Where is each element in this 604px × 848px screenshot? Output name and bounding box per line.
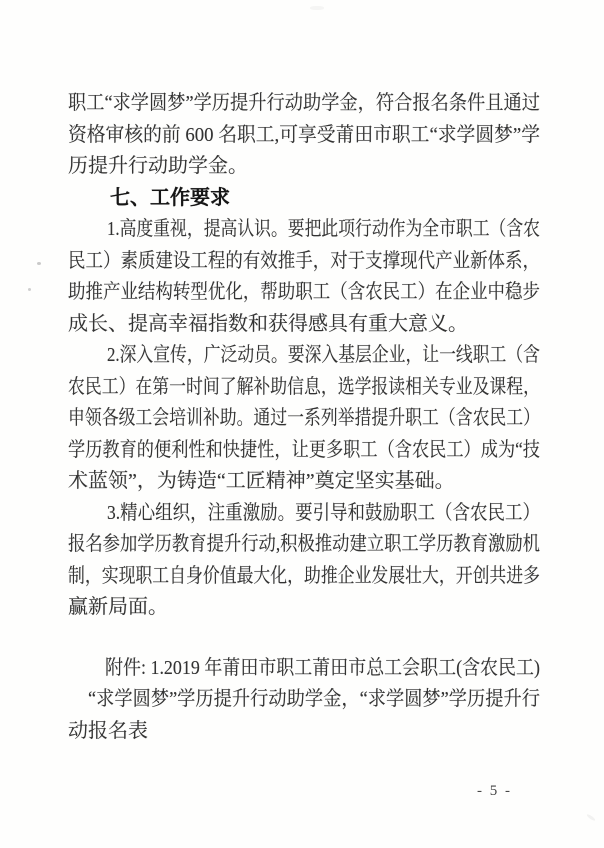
text-line: 成长、提高幸福指数和获得感具有重大意义。 — [68, 309, 540, 341]
text-line-content: 1.高度重视，提高认识。要把此项行动作为全市职工（含农 — [107, 214, 540, 246]
text-line-content: 术蓝领”，为铸造“工匠精神”奠定坚实基础。 — [68, 466, 455, 498]
page-number: - 5 - — [477, 781, 512, 801]
text-line-content: 七、工作要求 — [110, 183, 230, 215]
text-line: 农民工）在第一时间了解补助信息，选学报读相关专业及课程， — [68, 372, 540, 404]
text-line: 制，实现职工自身价值最大化，助推企业发展壮大，开创共进多 — [68, 561, 540, 593]
scan-smudge — [310, 6, 324, 10]
text-line-content: 赢新局面。 — [68, 592, 168, 624]
paragraph: 3.精心组织，注重激励。要引导和鼓励职工（含农民工）报名参加学历教育提升行动,积… — [68, 498, 540, 624]
text-line-content: 申领各级工会培训补助。通过一系列举措提升职工（含农民工） — [68, 403, 540, 435]
text-line-content: 3.精心组织，注重激励。要引导和鼓励职工（含农民工） — [107, 498, 540, 530]
paragraph: 1.高度重视，提高认识。要把此项行动作为全市职工（含农民工）素质建设工程的有效推… — [68, 214, 540, 340]
text-line-content: 助推产业结构转型优化，帮助职工（含农民工）在企业中稳步 — [68, 277, 540, 309]
text-line: 学历教育的便利性和快捷性，让更多职工（含农民工）成为“技 — [68, 435, 540, 467]
paragraph: 2.深入宣传，广泛动员。要深入基层企业，让一线职工（含农民工）在第一时间了解补助… — [68, 340, 540, 498]
text-line-content: 动报名表 — [68, 716, 148, 748]
text-line-content: 农民工）在第一时间了解补助信息，选学报读相关专业及课程， — [68, 372, 540, 404]
scan-smudge — [586, 813, 596, 821]
text-line-content: 学历教育的便利性和快捷性，让更多职工（含农民工）成为“技 — [68, 435, 540, 467]
text-line-content: “求学圆梦”学历提升行动助学金，“求学圆梦”学历提升行 — [88, 684, 540, 716]
scan-speck — [28, 288, 31, 291]
text-line: 助推产业结构转型优化，帮助职工（含农民工）在企业中稳步 — [68, 277, 540, 309]
text-line: 1.高度重视，提高认识。要把此项行动作为全市职工（含农 — [68, 214, 540, 246]
text-line-content: 2.深入宣传，广泛动员。要深入基层企业，让一线职工（含 — [107, 340, 540, 372]
text-line: 2.深入宣传，广泛动员。要深入基层企业，让一线职工（含 — [68, 340, 540, 372]
text-line-content: 职工“求学圆梦”学历提升行动助学金，符合报名条件且通过 — [68, 88, 540, 120]
text-line-content: 制，实现职工自身价值最大化，助推企业发展壮大，开创共进多 — [68, 561, 540, 593]
text-line: 七、工作要求 — [68, 183, 540, 215]
section-heading: 七、工作要求 — [68, 183, 540, 215]
text-line: 术蓝领”，为铸造“工匠精神”奠定坚实基础。 — [68, 466, 540, 498]
text-line: “求学圆梦”学历提升行动助学金，“求学圆梦”学历提升行 — [68, 684, 540, 716]
text-line: 资格审核的前 600 名职工,可享受莆田市职工“求学圆梦”学 — [68, 120, 540, 152]
text-line: 报名参加学历教育提升行动,积极推动建立职工学历教育激励机 — [68, 529, 540, 561]
text-line-content: 附件: 1.2019 年莆田市职工莆田市总工会职工(含农民工) — [105, 653, 540, 685]
attachment-note: 附件: 1.2019 年莆田市职工莆田市总工会职工(含农民工)“求学圆梦”学历提… — [68, 653, 540, 748]
document-page: 职工“求学圆梦”学历提升行动助学金，符合报名条件且通过资格审核的前 600 名职… — [0, 0, 604, 848]
text-line: 民工）素质建设工程的有效推手，对于支撑现代产业新体系， — [68, 246, 540, 278]
text-line-content: 报名参加学历教育提升行动,积极推动建立职工学历教育激励机 — [68, 529, 540, 561]
text-line: 附件: 1.2019 年莆田市职工莆田市总工会职工(含农民工) — [68, 653, 540, 685]
scan-speck — [37, 262, 41, 265]
text-line-content: 成长、提高幸福指数和获得感具有重大意义。 — [68, 309, 468, 341]
text-line: 3.精心组织，注重激励。要引导和鼓励职工（含农民工） — [68, 498, 540, 530]
paragraph: 职工“求学圆梦”学历提升行动助学金，符合报名条件且通过资格审核的前 600 名职… — [68, 88, 540, 183]
text-line: 申领各级工会培训补助。通过一系列举措提升职工（含农民工） — [68, 403, 540, 435]
text-line: 历提升行动助学金。 — [68, 151, 540, 183]
document-body: 职工“求学圆梦”学历提升行动助学金，符合报名条件且通过资格审核的前 600 名职… — [68, 88, 540, 747]
text-line: 动报名表 — [68, 716, 540, 748]
text-line-content: 历提升行动助学金。 — [68, 151, 248, 183]
text-line: 职工“求学圆梦”学历提升行动助学金，符合报名条件且通过 — [68, 88, 540, 120]
text-line-content: 资格审核的前 600 名职工,可享受莆田市职工“求学圆梦”学 — [68, 120, 540, 152]
text-line: 赢新局面。 — [68, 592, 540, 624]
text-line-content: 民工）素质建设工程的有效推手，对于支撑现代产业新体系， — [68, 246, 540, 278]
